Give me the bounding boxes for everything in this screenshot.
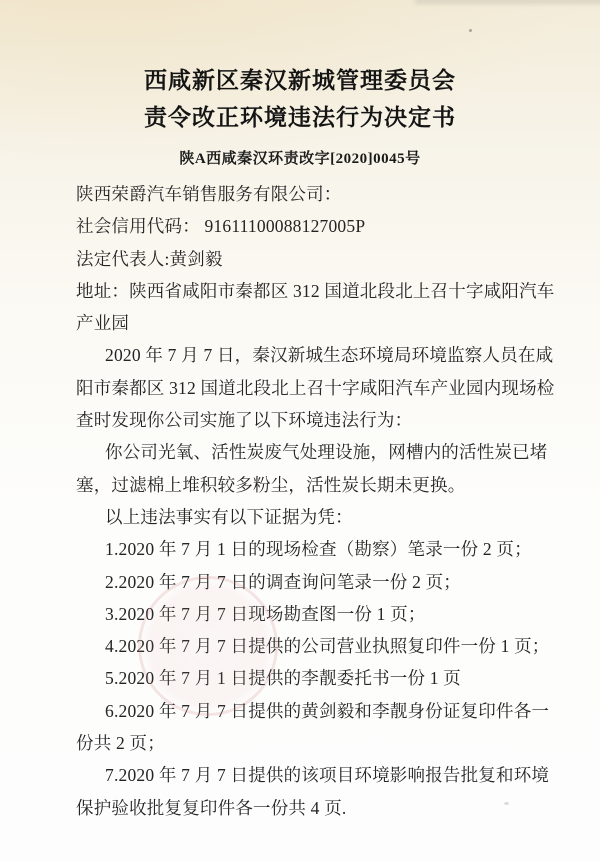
- inspection-paragraph-line-2: 阳市秦都区 312 国道北段北上召十字咸阳汽车产业园内现场检: [76, 372, 554, 404]
- evidence-item-2: 2.2020 年 7 月 7 日的调查询问笔录一份 2 页；: [76, 566, 554, 598]
- evidence-item-4: 4.2020 年 7 月 7 日提供的公司营业执照复印件一份 1 页；: [76, 630, 554, 662]
- violation-paragraph-line-1: 你公司光氧、活性炭废气处理设施，网槽内的活性炭已堵: [76, 436, 554, 468]
- address-line-1: 地址：陕西省咸阳市秦都区 312 国道北段北上召十字咸阳汽车: [76, 275, 554, 307]
- inspection-paragraph-line-1: 2020 年 7 月 7 日，秦汉新城生态环境局环境监察人员在咸: [76, 339, 554, 371]
- evidence-item-7-line-1: 7.2020 年 7 月 7 日提供的该项目环境影响报告批复和环境: [76, 759, 554, 791]
- legal-representative-line: 法定代表人:黄剑毅: [76, 243, 554, 275]
- document-number: 陕A西咸秦汉环责改字[2020]0045号: [0, 147, 600, 168]
- document-title-line-1: 西咸新区秦汉新城管理委员会: [0, 62, 600, 99]
- violation-paragraph-line-2: 塞，过滤棉上堆积较多粉尘，活性炭长期未更换。: [76, 469, 554, 501]
- evidence-item-7-line-2: 保护验收批复复印件各一份共 4 页.: [76, 792, 554, 824]
- inspection-paragraph-line-3: 查时发现你公司实施了以下环境违法行为：: [76, 404, 554, 436]
- document-body: 陕西荣爵汽车销售服务有限公司： 社会信用代码： 9161110008812700…: [76, 178, 554, 824]
- credit-code-line: 社会信用代码： 91611100088127005P: [76, 210, 554, 242]
- evidence-item-5: 5.2020 年 7 月 1 日提供的李靓委托书一份 1 页: [76, 662, 554, 694]
- document-title-line-2: 责令改正环境违法行为决定书: [0, 99, 600, 136]
- scanned-document-page: 西咸新区秦汉新城管理委员会 责令改正环境违法行为决定书 陕A西咸秦汉环责改字[2…: [0, 0, 600, 861]
- recipient-line: 陕西荣爵汽车销售服务有限公司：: [76, 178, 554, 210]
- evidence-item-6-line-1: 6.2020 年 7 月 7 日提供的黄剑毅和李靓身份证复印件各一: [76, 695, 554, 727]
- document-title: 西咸新区秦汉新城管理委员会 责令改正环境违法行为决定书: [0, 0, 600, 136]
- evidence-item-6-line-2: 份共 2 页；: [76, 727, 554, 759]
- evidence-item-1: 1.2020 年 7 月 1 日的现场检查（勘察）笔录一份 2 页；: [76, 533, 554, 565]
- evidence-item-3: 3.2020 年 7 月 7 日现场勘查图一份 1 页；: [76, 598, 554, 630]
- evidence-intro-line: 以上违法事实有以下证据为凭：: [76, 501, 554, 533]
- address-line-2: 产业园: [76, 307, 554, 339]
